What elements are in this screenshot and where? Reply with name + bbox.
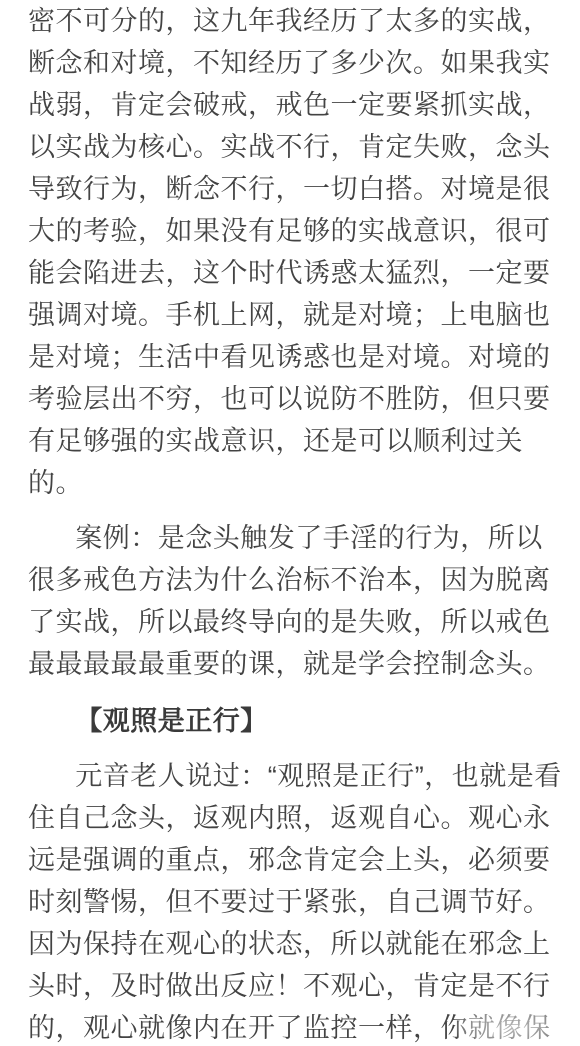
text-line: 断念和对境，不知经历了多少次。如果我实 xyxy=(28,42,556,84)
text-line: 了实战，所以最终导向的是失败，所以戒色 xyxy=(28,601,556,643)
text-line: 战弱，肯定会破戒，戒色一定要紧抓实战， xyxy=(28,84,556,126)
paragraph: 密不可分的，这九年我经历了太多的实战，断念和对境，不知经历了多少次。如果我实战弱… xyxy=(28,0,556,504)
article-text-body: 密不可分的，这九年我经历了太多的实战，断念和对境，不知经历了多少次。如果我实战弱… xyxy=(0,0,580,1046)
text-line: 案例：是念头触发了手淫的行为，所以 xyxy=(28,517,556,559)
text-line: 最最最最最重要的课，就是学会控制念头。 xyxy=(28,643,556,685)
text-line: 以实战为核心。实战不行，肯定失败，念头 xyxy=(28,126,556,168)
text-line: 是对境；生活中看见诱惑也是对境。对境的 xyxy=(28,336,556,378)
text-line: 的。 xyxy=(28,462,556,504)
paragraph: 元音老人说过：“观照是正行”，也就是看住自己念头，返观内照，返观自心。观心永远是… xyxy=(28,755,556,1046)
text-line: 密不可分的，这九年我经历了太多的实战， xyxy=(28,0,556,42)
text-line: 大的考验，如果没有足够的实战意识，很可 xyxy=(28,210,556,252)
text-line: 头时，及时做出反应！不观心，肯定是不行 xyxy=(28,965,556,1007)
text-line: 时刻警惕，但不要过于紧张，自己调节好。 xyxy=(28,881,556,923)
text-line: 元音老人说过：“观照是正行”，也就是看 xyxy=(28,755,556,797)
text-line: 有足够强的实战意识，还是可以顺利过关 xyxy=(28,420,556,462)
text-line: 远是强调的重点，邪念肯定会上头，必须要 xyxy=(28,839,556,881)
text-line: 能会陷进去，这个时代诱惑太猛烈，一定要 xyxy=(28,252,556,294)
text-line: 强调对境。手机上网，就是对境；上电脑也 xyxy=(28,294,556,336)
text-line: 考验层出不穷，也可以说防不胜防，但只要 xyxy=(28,378,556,420)
text-line: 的，观心就像内在开了监控一样，你就像保 xyxy=(28,1007,556,1046)
paragraph: 案例：是念头触发了手淫的行为，所以很多戒色方法为什么治标不治本，因为脱离了实战，… xyxy=(28,517,556,685)
text-line: 很多戒色方法为什么治标不治本，因为脱离 xyxy=(28,559,556,601)
heading-line: 【观照是正行】 xyxy=(28,700,556,742)
text-line: 住自己念头，返观内照，返观自心。观心永 xyxy=(28,797,556,839)
text-line: 因为保持在观心的状态，所以就能在邪念上 xyxy=(28,923,556,965)
text-line: 导致行为，断念不行，一切白搭。对境是很 xyxy=(28,168,556,210)
section-heading: 【观照是正行】 xyxy=(28,700,556,742)
